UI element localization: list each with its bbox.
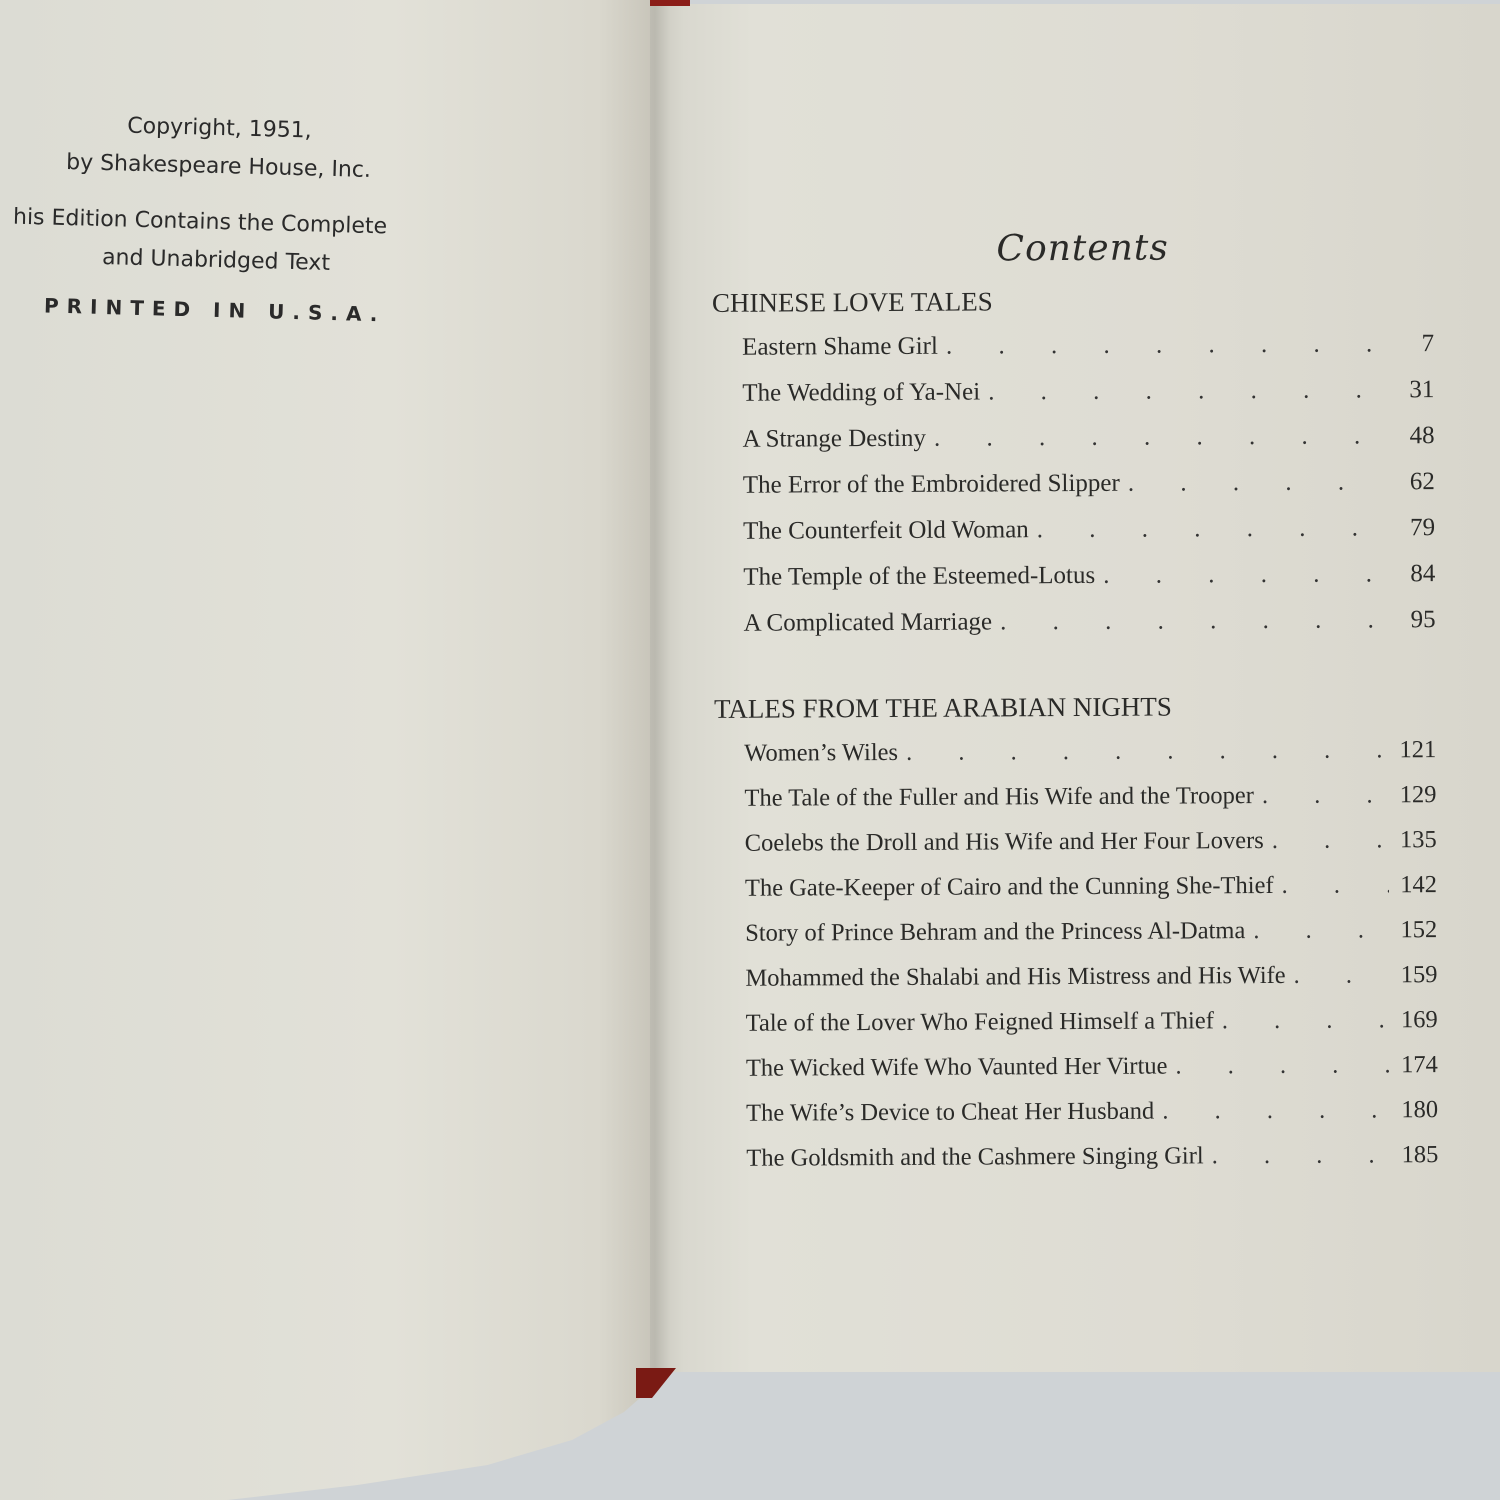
dot-leader: . . . . . . . . . . . . . . . . . . . . … (1281, 862, 1389, 908)
dot-leader: . . . . . . . . . . . . . . . . . . . . … (1262, 772, 1389, 818)
dot-leader: . . . . . . . . . . . . . . . . . . . . … (934, 413, 1387, 461)
entry-page: 48 (1394, 413, 1434, 459)
entry-page: 31 (1394, 367, 1434, 413)
entry-title: The Tale of the Fuller and His Wife and … (744, 773, 1254, 821)
dot-leader: . . . . . . . . . . . . . . . . . . . . … (1222, 997, 1390, 1043)
entry-title: The Goldsmith and the Cashmere Singing G… (746, 1133, 1204, 1180)
dot-leader: . . . . . . . . . . . . . . . . . . . . … (1294, 952, 1390, 998)
entry-page: 79 (1395, 505, 1435, 551)
contents-heading: Contents (732, 226, 1434, 271)
entry-page: 180 (1398, 1087, 1438, 1132)
entry-title: The Error of the Embroidered Slipper (743, 461, 1120, 509)
entry-page: 7 (1394, 321, 1434, 367)
toc-entry: The Error of the Embroidered Slipper. . … (713, 459, 1435, 509)
entry-title: The Temple of the Esteemed-Lotus (743, 553, 1095, 601)
entry-page: 121 (1396, 727, 1436, 772)
toc-entry: A Complicated Marriage. . . . . . . . . … (713, 597, 1435, 647)
entry-page: 169 (1398, 997, 1438, 1042)
entry-title: Women’s Wiles (744, 730, 898, 776)
toc-entry: Eastern Shame Girl. . . . . . . . . . . … (712, 321, 1434, 371)
entry-page: 84 (1395, 551, 1435, 597)
entry-title: Eastern Shame Girl (742, 324, 938, 371)
entry-title: Mohammed the Shalabi and His Mistress an… (745, 953, 1285, 1001)
entry-title: The Gate-Keeper of Cairo and the Cunning… (745, 863, 1274, 911)
dot-leader: . . . . . . . . . . . . . . . . . . . . … (906, 727, 1388, 775)
dot-leader: . . . . . . . . . . . . . . . . . . . . … (946, 321, 1386, 369)
entry-page: 185 (1398, 1132, 1438, 1177)
dot-leader: . . . . . . . . . . . . . . . . . . . . … (988, 367, 1386, 415)
dot-leader: . . . . . . . . . . . . . . . . . . . . … (1253, 907, 1389, 953)
entry-title: The Wedding of Ya-Nei (742, 369, 980, 416)
entry-title: The Wife’s Device to Cheat Her Husband (746, 1089, 1154, 1136)
toc-entry: The Gate-Keeper of Cairo and the Cunning… (715, 862, 1437, 911)
book-cover-edge (636, 1368, 676, 1398)
toc-entry: The Tale of the Fuller and His Wife and … (714, 772, 1436, 821)
dot-leader: . . . . . . . . . . . . . . . . . . . . … (1103, 551, 1387, 598)
toc-entry: The Goldsmith and the Cashmere Singing G… (716, 1132, 1438, 1181)
entry-title: The Wicked Wife Who Vaunted Her Virtue (746, 1044, 1168, 1091)
toc-section-chinese: CHINESE LOVE TALES Eastern Shame Girl. .… (712, 279, 1436, 647)
copyright-block: Copyright, 1951, by Shakespeare House, I… (0, 104, 440, 327)
toc-entry: A Strange Destiny. . . . . . . . . . . .… (712, 413, 1434, 463)
toc-entry: The Wedding of Ya-Nei. . . . . . . . . .… (712, 367, 1434, 417)
section-title: TALES FROM THE ARABIAN NIGHTS (714, 685, 1436, 729)
toc-entry: Mohammed the Shalabi and His Mistress an… (715, 952, 1437, 1001)
dot-leader: . . . . . . . . . . . . . . . . . . . . … (1175, 1042, 1390, 1088)
entry-title: Coelebs the Droll and His Wife and Her F… (745, 818, 1264, 866)
toc-entry: Story of Prince Behram and the Princess … (715, 907, 1437, 956)
entry-title: Story of Prince Behram and the Princess … (745, 908, 1245, 956)
entry-title: A Strange Destiny (742, 416, 926, 463)
toc-entry: Tale of the Lover Who Feigned Himself a … (716, 997, 1438, 1046)
entry-title: A Complicated Marriage (743, 599, 992, 646)
book-cover-edge-top (650, 0, 690, 6)
entry-title: Tale of the Lover Who Feigned Himself a … (746, 998, 1214, 1045)
toc-entry: The Counterfeit Old Woman. . . . . . . .… (713, 505, 1435, 555)
open-book: Copyright, 1951, by Shakespeare House, I… (0, 0, 1500, 1500)
toc-entry: The Wicked Wife Who Vaunted Her Virtue. … (716, 1042, 1438, 1091)
entry-page: 152 (1397, 907, 1437, 952)
dot-leader: . . . . . . . . . . . . . . . . . . . . … (1272, 817, 1389, 863)
entry-page: 129 (1396, 772, 1436, 817)
toc-entry: The Temple of the Esteemed-Lotus. . . . … (713, 551, 1435, 601)
entry-page: 174 (1398, 1042, 1438, 1087)
dot-leader: . . . . . . . . . . . . . . . . . . . . … (1000, 597, 1388, 645)
entry-page: 159 (1397, 952, 1437, 997)
entry-page: 95 (1395, 597, 1435, 643)
entry-page: 142 (1397, 862, 1437, 907)
toc-entry: Women’s Wiles. . . . . . . . . . . . . .… (714, 727, 1436, 776)
entry-page: 135 (1397, 817, 1437, 862)
entry-page: 62 (1395, 459, 1435, 505)
toc-entry: Coelebs the Droll and His Wife and Her F… (715, 817, 1437, 866)
dot-leader: . . . . . . . . . . . . . . . . . . . . … (1037, 505, 1388, 553)
toc-entry: The Wife’s Device to Cheat Her Husband. … (716, 1087, 1438, 1136)
dot-leader: . . . . . . . . . . . . . . . . . . . . … (1162, 1087, 1390, 1133)
toc-section-arabian: TALES FROM THE ARABIAN NIGHTS Women’s Wi… (714, 685, 1439, 1181)
dot-leader: . . . . . . . . . . . . . . . . . . . . … (1212, 1132, 1391, 1178)
table-of-contents: Contents CHINESE LOVE TALES Eastern Sham… (712, 226, 1439, 1181)
entry-title: The Counterfeit Old Woman (743, 507, 1029, 554)
section-title: CHINESE LOVE TALES (712, 279, 1434, 323)
dot-leader: . . . . . . . . . . . . . . . . . . . . … (1128, 459, 1387, 506)
